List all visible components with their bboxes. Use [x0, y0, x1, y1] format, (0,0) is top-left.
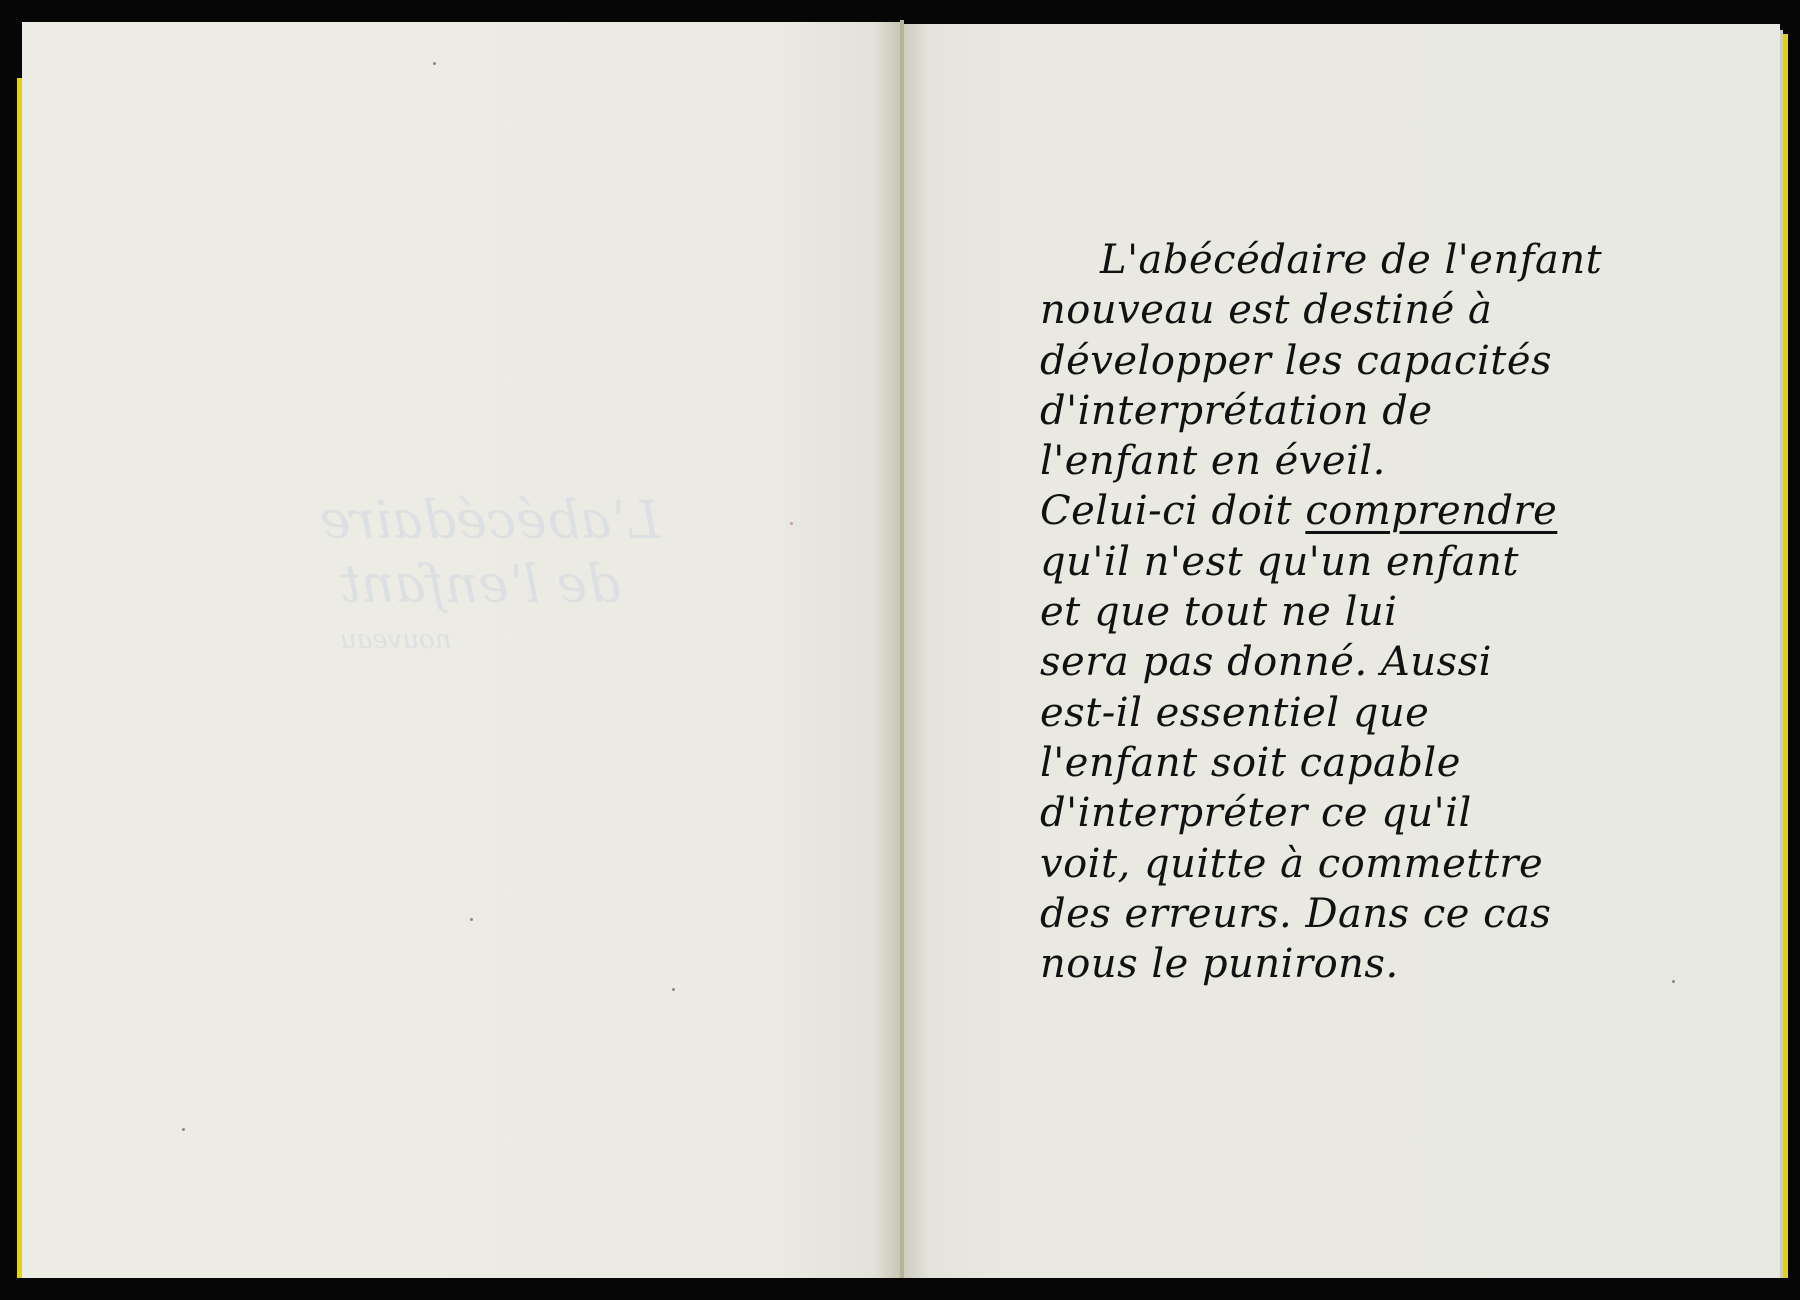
paper-speck: [182, 1128, 185, 1131]
cover-edge-right: [1783, 34, 1788, 1278]
booklet-spread: L'abécédaire de l'enfant nouveau L'abécé…: [0, 0, 1800, 1300]
text-line: L'abécédaire de l'enfant: [1040, 235, 1600, 285]
text-line: des erreurs. Dans ce cas: [1040, 889, 1600, 939]
text-line: est-il essentiel que: [1040, 688, 1600, 738]
text-line: qu'il n'est qu'un enfant: [1040, 537, 1600, 587]
text-line: l'enfant soit capable: [1040, 738, 1600, 788]
text-line: d'interprétation de: [1040, 386, 1600, 436]
text-line: sera pas donné. Aussi: [1040, 637, 1600, 687]
text-line: voit, quitte à commettre: [1040, 839, 1600, 889]
text-line: développer les capacités: [1040, 336, 1600, 386]
paper-speck: [790, 522, 793, 525]
paper-speck: [433, 62, 436, 65]
underlined-word: comprendre: [1305, 488, 1557, 534]
showthrough-line-3: nouveau: [340, 618, 660, 662]
text-line: l'enfant en éveil.: [1040, 436, 1600, 486]
showthrough-line-1: L'abécédaire: [340, 490, 660, 552]
paper-speck: [470, 918, 473, 921]
text-line-with-underline: Celui-ci doit comprendre: [1040, 486, 1600, 536]
paper-speck: [1672, 980, 1675, 983]
text-line: nouveau est destiné à: [1040, 285, 1600, 335]
showthrough-title: L'abécédaire de l'enfant nouveau: [340, 490, 660, 662]
text-line: et que tout ne lui: [1040, 587, 1600, 637]
handwritten-paragraph: L'abécédaire de l'enfant nouveau est des…: [1040, 235, 1600, 989]
text-segment: Celui-ci doit: [1040, 488, 1292, 534]
showthrough-line-2: de l'enfant: [340, 552, 660, 618]
text-line: d'interpréter ce qu'il: [1040, 788, 1600, 838]
paper-speck: [672, 988, 675, 991]
text-line: nous le punirons.: [1040, 939, 1600, 989]
